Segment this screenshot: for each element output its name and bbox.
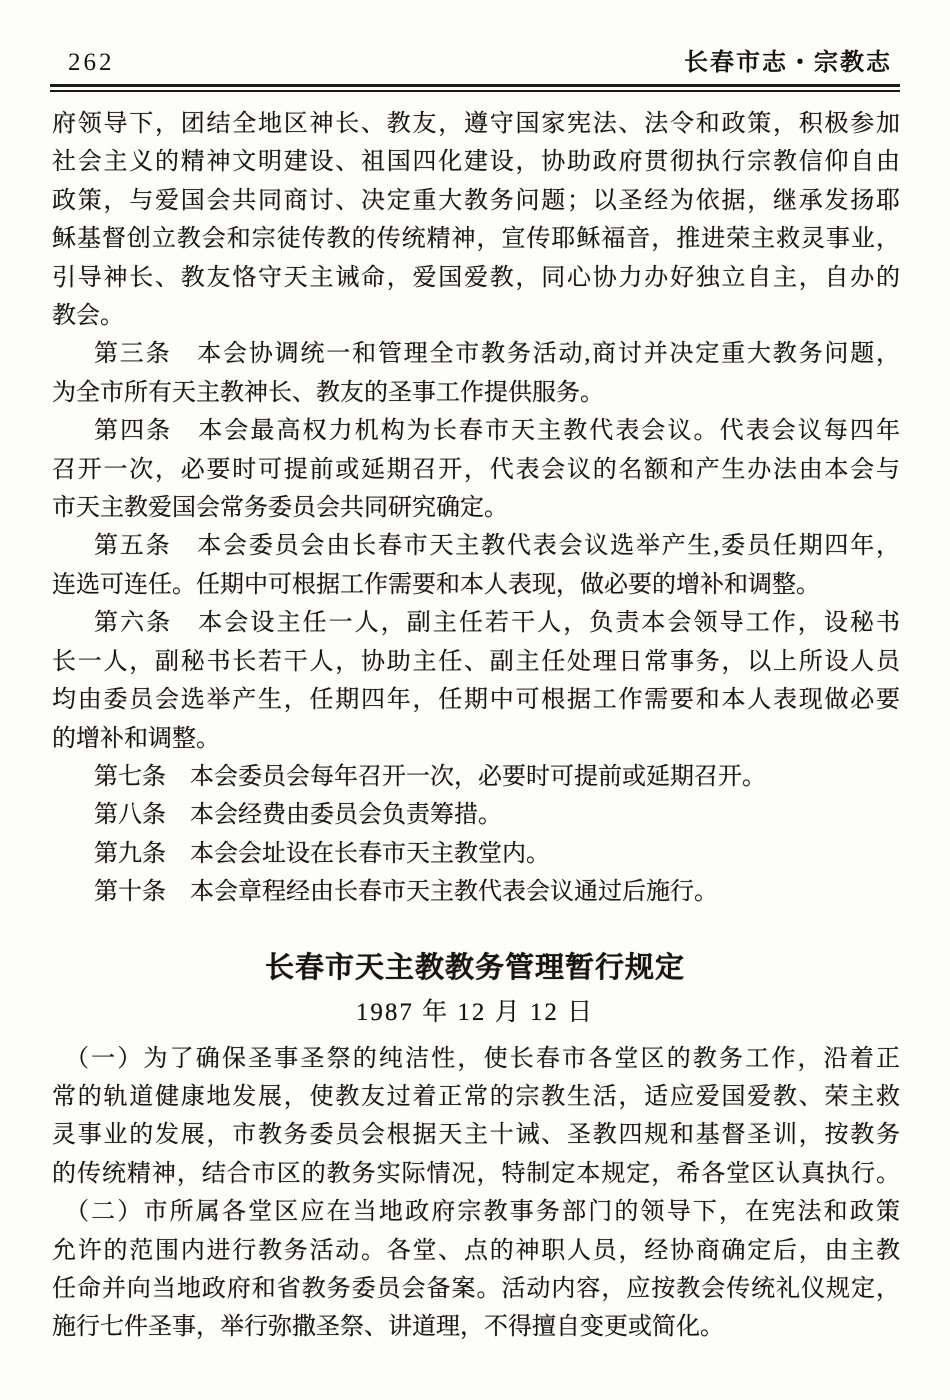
text-line: 施行七件圣事，举行弥撒圣祭、讲道理，不得擅自变更或简化。 <box>52 1308 900 1346</box>
header-rule <box>50 84 900 92</box>
header-rule-thick-line <box>50 84 900 87</box>
text-line: 为全市所有天主教神长、教友的圣事工作提供服务。 <box>52 374 900 412</box>
text-line: 灵事业的发展，市教务委员会根据天主十诫、圣教四规和基督圣训，按教务 <box>52 1116 900 1154</box>
text-line: 的增补和调整。 <box>52 720 900 758</box>
text-line: 第九条 本会会址设在长春市天主教堂内。 <box>52 835 900 873</box>
text-line: 第六条 本会设主任一人，副主任若干人，负责本会领导工作，设秘书 <box>52 604 900 642</box>
text-line: 第五条 本会委员会由长春市天主教代表会议选举产生,委员任期四年， <box>52 527 900 565</box>
section-title: 长春市天主教教务管理暂行规定 <box>0 945 950 991</box>
text-line: 长一人，副秘书长若干人，协助主任、副主任处理日常事务，以上所设人员 <box>52 643 900 681</box>
text-line: 允许的范围内进行教务活动。各堂、点的神职人员，经协商确定后，由主教 <box>52 1232 900 1270</box>
text-line: 教会。 <box>52 297 900 335</box>
scanned-page: 262 长春市志・宗教志 府领导下，团结全地区神长、教友，遵守国家宪法、法令和政… <box>0 0 950 1400</box>
section-date: 1987 年 12 月 12 日 <box>0 994 950 1032</box>
text-line: 第三条 本会协调统一和管理全市教务活动,商讨并决定重大教务问题， <box>52 335 900 373</box>
text-line: 任命并向当地政府和省教务委员会备案。活动内容，应按教会传统礼仪规定， <box>52 1270 900 1308</box>
text-line: 第八条 本会经费由委员会负责筹措。 <box>52 796 900 834</box>
text-line: 均由委员会选举产生，任期四年，任期中可根据工作需要和本人表现做必要 <box>52 681 900 719</box>
text-line: 的传统精神，结合市区的教务实际情况，特制定本规定，希各堂区认真执行。 <box>52 1155 900 1193</box>
text-line: 市天主教爱国会常务委员会共同研究确定。 <box>52 489 900 527</box>
text-line: 社会主义的精神文明建设、祖国四化建设，协助政府贯彻执行宗教信仰自由 <box>52 143 900 181</box>
text-line: 政策，与爱国会共同商讨、决定重大教务问题；以圣经为依据，继承发扬耶 <box>52 182 900 220</box>
text-line: （二）市所属各堂区应在当地政府宗教事务部门的领导下，在宪法和政策 <box>52 1193 900 1231</box>
text-line: 引导神长、教友恪守天主诫命，爱国爱教，同心协力办好独立自主，自办的 <box>52 259 900 297</box>
text-line: 第十条 本会章程经由长春市天主教代表会议通过后施行。 <box>52 873 900 911</box>
text-line: 稣基督创立教会和宗徒传教的传统精神，宣传耶稣福音，推进荣主救灵事业， <box>52 220 900 258</box>
text-line: 连选可连任。任期中可根据工作需要和本人表现，做必要的增补和调整。 <box>52 566 900 604</box>
regulation-text: （一）为了确保圣事圣祭的纯洁性，使长春市各堂区的教务工作，沿着正常的轨道健康地发… <box>52 1040 900 1347</box>
header-rule-thin-line <box>50 90 900 92</box>
text-line: （一）为了确保圣事圣祭的纯洁性，使长春市各堂区的教务工作，沿着正 <box>52 1040 900 1078</box>
text-line: 召开一次，必要时可提前或延期召开，代表会议的名额和产生办法由本会与 <box>52 451 900 489</box>
text-line: 第四条 本会最高权力机构为长春市天主教代表会议。代表会议每四年 <box>52 412 900 450</box>
page-number: 262 <box>68 49 115 77</box>
page-header: 262 长春市志・宗教志 <box>0 0 950 77</box>
book-title: 长春市志・宗教志 <box>684 42 892 77</box>
text-line: 第七条 本会委员会每年召开一次，必要时可提前或延期召开。 <box>52 758 900 796</box>
article-continuation-text: 府领导下，团结全地区神长、教友，遵守国家宪法、法令和政策，积极参加社会主义的精神… <box>52 105 900 912</box>
text-line: 常的轨道健康地发展，使教友过着正常的宗教生活，适应爱国爱教、荣主救 <box>52 1078 900 1116</box>
text-line: 府领导下，团结全地区神长、教友，遵守国家宪法、法令和政策，积极参加 <box>52 105 900 143</box>
